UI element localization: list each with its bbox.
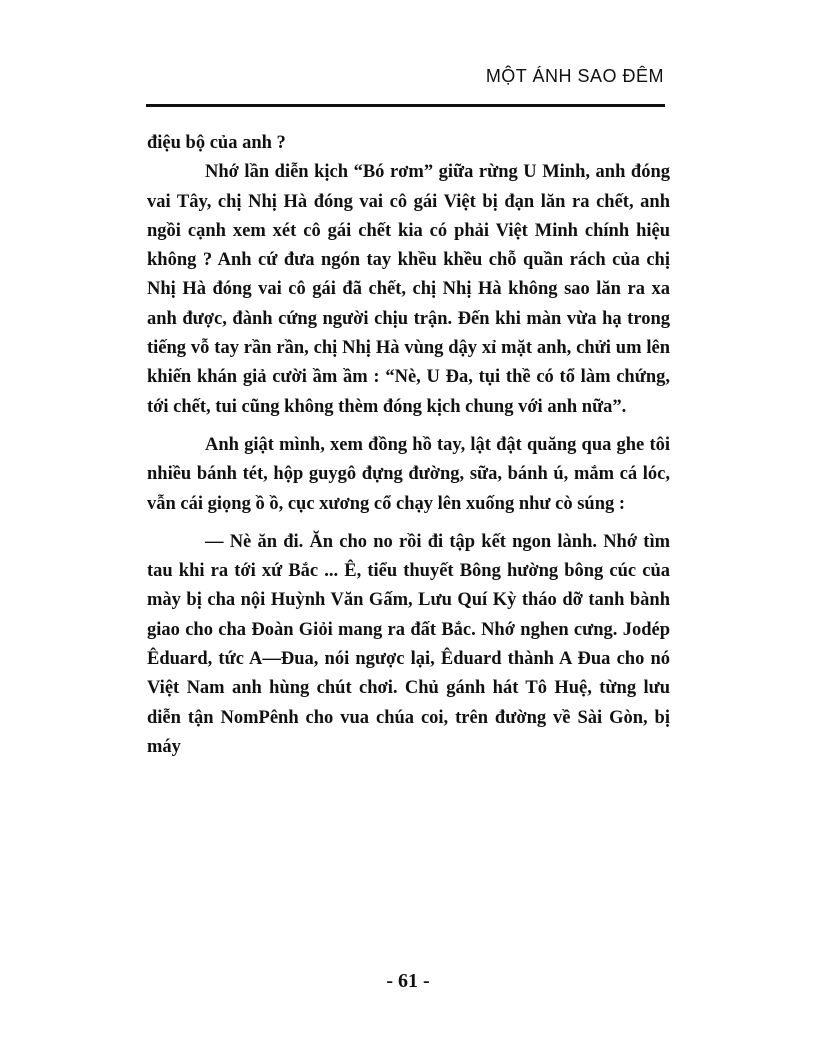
page-body: điệu bộ của anh ? Nhớ lần diễn kịch “Bó … [147,129,670,762]
running-header-title: MỘT ÁNH SAO ĐÊM [486,66,664,87]
paragraph-dialogue: — Nè ăn đi. Ăn cho no rồi đi tập kết ngo… [147,528,670,762]
page-number: - 61 - [0,970,816,993]
paragraph: Anh giật mình, xem đồng hồ tay, lật đật … [147,431,670,519]
header-divider [146,104,665,107]
paragraph: Nhớ lần diễn kịch “Bó rơm” giữa rừng U M… [147,158,670,422]
paragraph-continuation: điệu bộ của anh ? [147,129,670,158]
